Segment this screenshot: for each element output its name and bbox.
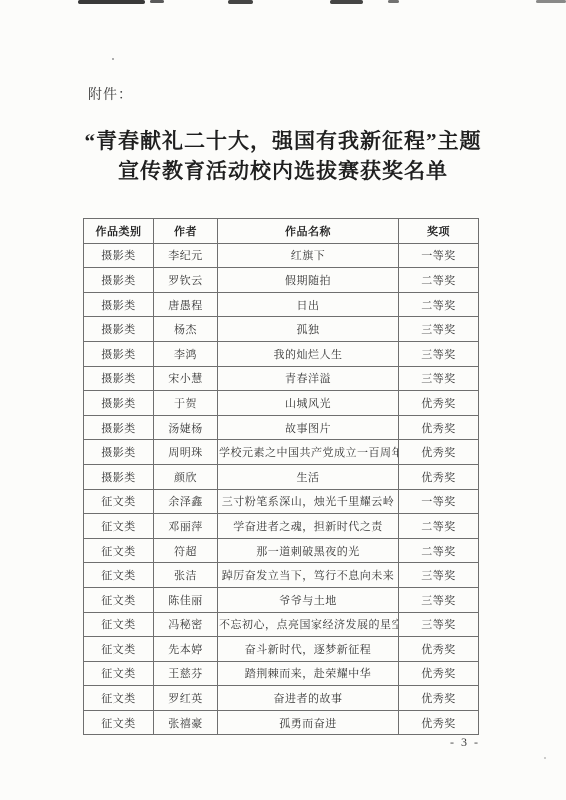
cell-author: 罗钦云 — [154, 268, 218, 293]
table-row: 征文类符超那一道刺破黑夜的光二等奖 — [84, 538, 479, 563]
cell-award: 二等奖 — [399, 514, 479, 539]
cell-award: 二等奖 — [399, 538, 479, 563]
cell-work-title: 踔厉奋发立当下，笃行不息向未来 — [218, 563, 399, 588]
cell-award: 优秀奖 — [399, 661, 479, 686]
cell-category: 摄影类 — [84, 440, 154, 465]
cell-category: 摄影类 — [84, 391, 154, 416]
cell-work-title: 孤勇而奋进 — [218, 710, 399, 735]
cell-category: 征文类 — [84, 489, 154, 514]
table-header-row: 作品类别 作者 作品名称 奖项 — [84, 219, 479, 244]
table-row: 摄影类罗钦云假期随拍二等奖 — [84, 268, 479, 293]
cell-award: 三等奖 — [399, 317, 479, 342]
cell-author: 王慈芬 — [154, 661, 218, 686]
cell-award: 优秀奖 — [399, 464, 479, 489]
cell-work-title: 奋进者的故事 — [218, 686, 399, 711]
cell-work-title: 故事图片 — [218, 415, 399, 440]
cell-award: 优秀奖 — [399, 686, 479, 711]
cell-author: 颜欣 — [154, 464, 218, 489]
cell-category: 征文类 — [84, 637, 154, 662]
cell-award: 优秀奖 — [399, 710, 479, 735]
cell-award: 三等奖 — [399, 366, 479, 391]
cell-author: 唐愚程 — [154, 292, 218, 317]
scan-artifact — [536, 0, 566, 3]
cell-work-title: 爷爷与土地 — [218, 587, 399, 612]
table-row: 征文类王慈芬踏荆棘而来，赴荣耀中华优秀奖 — [84, 661, 479, 686]
cell-work-title: 学校元素之中国共产党成立一百周年 — [218, 440, 399, 465]
cell-author: 张洁 — [154, 563, 218, 588]
cell-award: 一等奖 — [399, 243, 479, 268]
table-row: 征文类先本婷奋斗新时代，逐梦新征程优秀奖 — [84, 637, 479, 662]
table-row: 摄影类颜欣生活优秀奖 — [84, 464, 479, 489]
cell-work-title: 假期随拍 — [218, 268, 399, 293]
cell-category: 征文类 — [84, 661, 154, 686]
cell-work-title: 我的灿烂人生 — [218, 341, 399, 366]
cell-work-title: 不忘初心，点亮国家经济发展的星空 — [218, 612, 399, 637]
cell-work-title: 生活 — [218, 464, 399, 489]
cell-category: 征文类 — [84, 587, 154, 612]
table-row: 征文类张洁踔厉奋发立当下，笃行不息向未来三等奖 — [84, 563, 479, 588]
table-row: 摄影类杨杰孤独三等奖 — [84, 317, 479, 342]
cell-award: 一等奖 — [399, 489, 479, 514]
cell-work-title: 青春洋溢 — [218, 366, 399, 391]
table-row: 摄影类李纪元红旗下一等奖 — [84, 243, 479, 268]
cell-author: 冯秘密 — [154, 612, 218, 637]
cell-category: 摄影类 — [84, 243, 154, 268]
table-row: 摄影类李鸿我的灿烂人生三等奖 — [84, 341, 479, 366]
scan-artifact — [330, 0, 363, 4]
scan-speck — [112, 58, 114, 60]
cell-category: 征文类 — [84, 612, 154, 637]
scan-speck — [544, 757, 546, 759]
col-header-category: 作品类别 — [84, 219, 154, 244]
cell-award: 三等奖 — [399, 341, 479, 366]
cell-author: 宋小慧 — [154, 366, 218, 391]
cell-category: 摄影类 — [84, 341, 154, 366]
table-row: 征文类邓丽萍学奋进者之魂，担新时代之责二等奖 — [84, 514, 479, 539]
cell-category: 摄影类 — [84, 268, 154, 293]
document-title: “青春献礼二十大，强国有我新征程”主题 宣传教育活动校内选拔赛获奖名单 — [0, 126, 566, 186]
table-row: 征文类张禧豪孤勇而奋进优秀奖 — [84, 710, 479, 735]
cell-author: 符超 — [154, 538, 218, 563]
cell-work-title: 山城风光 — [218, 391, 399, 416]
cell-award: 三等奖 — [399, 612, 479, 637]
table-row: 征文类罗红英奋进者的故事优秀奖 — [84, 686, 479, 711]
scan-artifact — [150, 0, 164, 3]
document-title-line-2: 宣传教育活动校内选拔赛获奖名单 — [0, 156, 566, 186]
col-header-author: 作者 — [154, 219, 218, 244]
cell-work-title: 踏荆棘而来，赴荣耀中华 — [218, 661, 399, 686]
table-row: 征文类冯秘密不忘初心，点亮国家经济发展的星空三等奖 — [84, 612, 479, 637]
cell-author: 余泽鑫 — [154, 489, 218, 514]
table-row: 摄影类周明珠学校元素之中国共产党成立一百周年优秀奖 — [84, 440, 479, 465]
scan-artifact — [78, 0, 145, 4]
cell-author: 先本婷 — [154, 637, 218, 662]
cell-author: 周明珠 — [154, 440, 218, 465]
page-number: - 3 - — [450, 735, 480, 750]
cell-author: 李鸿 — [154, 341, 218, 366]
table-row: 摄影类于贺山城风光优秀奖 — [84, 391, 479, 416]
document-title-line-1: “青春献礼二十大，强国有我新征程”主题 — [0, 126, 566, 156]
cell-work-title: 孤独 — [218, 317, 399, 342]
cell-award: 优秀奖 — [399, 440, 479, 465]
cell-work-title: 红旗下 — [218, 243, 399, 268]
cell-author: 于贺 — [154, 391, 218, 416]
cell-category: 摄影类 — [84, 292, 154, 317]
cell-category: 征文类 — [84, 538, 154, 563]
cell-author: 李纪元 — [154, 243, 218, 268]
cell-award: 优秀奖 — [399, 637, 479, 662]
cell-work-title: 日出 — [218, 292, 399, 317]
cell-award: 三等奖 — [399, 587, 479, 612]
cell-author: 杨杰 — [154, 317, 218, 342]
cell-category: 征文类 — [84, 710, 154, 735]
cell-category: 征文类 — [84, 563, 154, 588]
document-page: 附件： “青春献礼二十大，强国有我新征程”主题 宣传教育活动校内选拔赛获奖名单 … — [0, 0, 566, 800]
cell-award: 优秀奖 — [399, 415, 479, 440]
scan-artifact — [388, 0, 399, 3]
cell-category: 摄影类 — [84, 415, 154, 440]
col-header-work-title: 作品名称 — [218, 219, 399, 244]
cell-award: 三等奖 — [399, 563, 479, 588]
cell-category: 摄影类 — [84, 464, 154, 489]
table-row: 征文类陈佳丽爷爷与土地三等奖 — [84, 587, 479, 612]
cell-award: 二等奖 — [399, 292, 479, 317]
cell-work-title: 奋斗新时代，逐梦新征程 — [218, 637, 399, 662]
col-header-award: 奖项 — [399, 219, 479, 244]
table-row: 摄影类汤婕杨故事图片优秀奖 — [84, 415, 479, 440]
cell-category: 征文类 — [84, 514, 154, 539]
table-row: 摄影类唐愚程日出二等奖 — [84, 292, 479, 317]
table-row: 征文类余泽鑫三寸粉笔系深山，烛光千里耀云岭一等奖 — [84, 489, 479, 514]
cell-author: 罗红英 — [154, 686, 218, 711]
cell-award: 二等奖 — [399, 268, 479, 293]
attachment-label: 附件： — [88, 84, 133, 104]
cell-category: 摄影类 — [84, 366, 154, 391]
cell-work-title: 那一道刺破黑夜的光 — [218, 538, 399, 563]
table-row: 摄影类宋小慧青春洋溢三等奖 — [84, 366, 479, 391]
cell-award: 优秀奖 — [399, 391, 479, 416]
cell-category: 征文类 — [84, 686, 154, 711]
cell-category: 摄影类 — [84, 317, 154, 342]
cell-work-title: 三寸粉笔系深山，烛光千里耀云岭 — [218, 489, 399, 514]
cell-author: 邓丽萍 — [154, 514, 218, 539]
cell-author: 张禧豪 — [154, 710, 218, 735]
cell-work-title: 学奋进者之魂，担新时代之责 — [218, 514, 399, 539]
scan-artifact — [228, 0, 253, 4]
cell-author: 陈佳丽 — [154, 587, 218, 612]
awards-table: 作品类别 作者 作品名称 奖项 摄影类李纪元红旗下一等奖摄影类罗钦云假期随拍二等… — [83, 218, 479, 735]
cell-author: 汤婕杨 — [154, 415, 218, 440]
